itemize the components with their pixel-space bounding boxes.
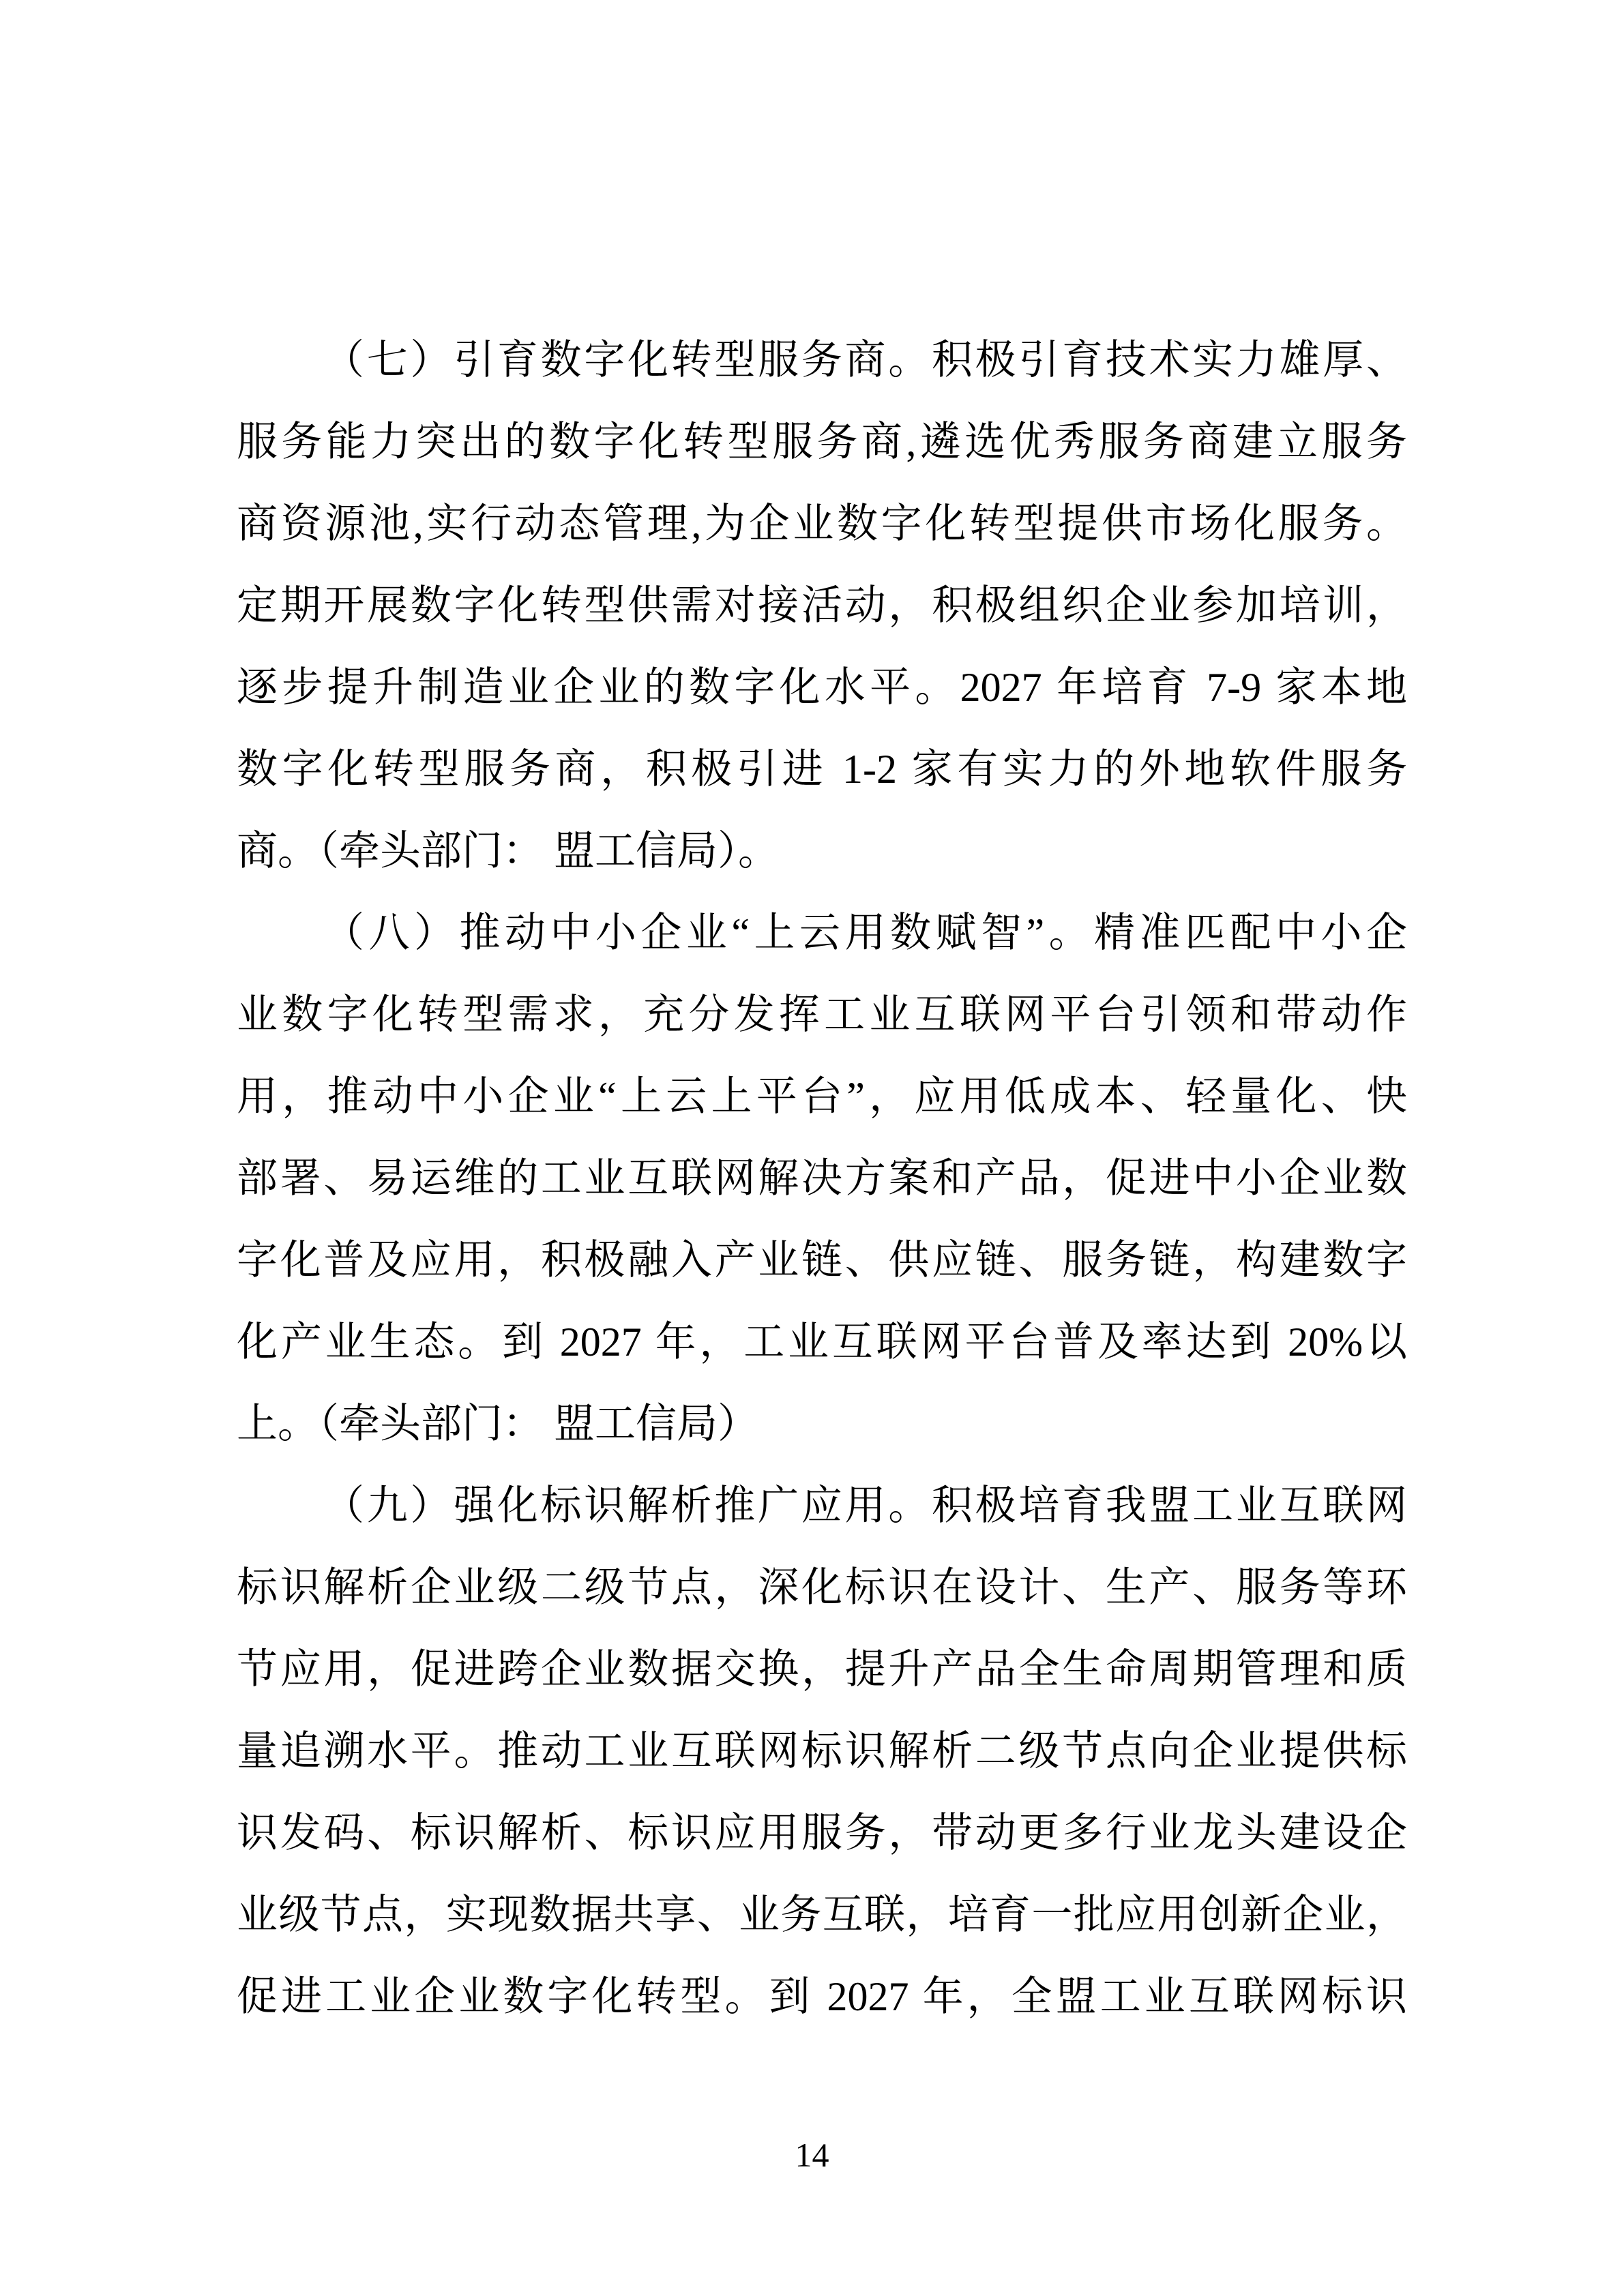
paragraph-item-seven: （七）引育数字化转型服务商。积极引育技术实力雄厚、 服务能力突出的数字化转型服务… [237, 319, 1407, 892]
text-line: （九）强化标识解析推广应用。积极培育我盟工业互联网 [237, 1465, 1407, 1547]
text-line: 业数字化转型需求，充分发挥工业互联网平台引领和带动作 [237, 974, 1407, 1056]
text-line: 用，推动中小企业“上云上平台”，应用低成本、轻量化、快 [237, 1056, 1407, 1137]
document-body: （七）引育数字化转型服务商。积极引育技术实力雄厚、 服务能力突出的数字化转型服务… [237, 319, 1407, 2038]
text-line: 化产业生态。到 2027 年，工业互联网平台普及率达到 20%以 [237, 1301, 1407, 1383]
text-line: 逐步提升制造业企业的数字化水平。2027 年培育 7-9 家本地 [237, 646, 1407, 728]
text-line: 定期开展数字化转型供需对接活动，积极组织企业参加培训， [237, 565, 1407, 646]
text-line: 量追溯水平。推动工业互联网标识解析二级节点向企业提供标 [237, 1710, 1407, 1792]
text-line: 服务能力突出的数字化转型服务商,遴选优秀服务商建立服务 [237, 401, 1407, 483]
text-line: 字化普及应用，积极融入产业链、供应链、服务链，构建数字 [237, 1219, 1407, 1301]
text-line: （八）推动中小企业“上云用数赋智”。精准匹配中小企 [237, 892, 1407, 974]
page-number: 14 [0, 2137, 1624, 2173]
text-line: 数字化转型服务商，积极引进 1-2 家有实力的外地软件服务 [237, 728, 1407, 810]
text-line: 商。（牵头部门： 盟工信局）。 [237, 810, 1407, 892]
text-line: 标识解析企业级二级节点，深化标识在设计、生产、服务等环 [237, 1547, 1407, 1628]
text-line: 识发码、标识解析、标识应用服务，带动更多行业龙头建设企 [237, 1792, 1407, 1874]
text-line: （七）引育数字化转型服务商。积极引育技术实力雄厚、 [237, 319, 1407, 401]
document-page: （七）引育数字化转型服务商。积极引育技术实力雄厚、 服务能力突出的数字化转型服务… [0, 0, 1624, 2296]
text-line: 上。（牵头部门： 盟工信局） [237, 1383, 1407, 1465]
paragraph-item-nine: （九）强化标识解析推广应用。积极培育我盟工业互联网 标识解析企业级二级节点，深化… [237, 1465, 1407, 2038]
paragraph-item-eight: （八）推动中小企业“上云用数赋智”。精准匹配中小企 业数字化转型需求，充分发挥工… [237, 892, 1407, 1465]
text-line: 商资源池,实行动态管理,为企业数字化转型提供市场化服务。 [237, 483, 1407, 565]
text-line: 业级节点，实现数据共享、业务互联，培育一批应用创新企业， [237, 1874, 1407, 1956]
text-line: 部署、易运维的工业互联网解决方案和产品，促进中小企业数 [237, 1137, 1407, 1219]
text-line: 促进工业企业数字化转型。到 2027 年，全盟工业互联网标识 [237, 1956, 1407, 2038]
text-line: 节应用，促进跨企业数据交换，提升产品全生命周期管理和质 [237, 1628, 1407, 1710]
